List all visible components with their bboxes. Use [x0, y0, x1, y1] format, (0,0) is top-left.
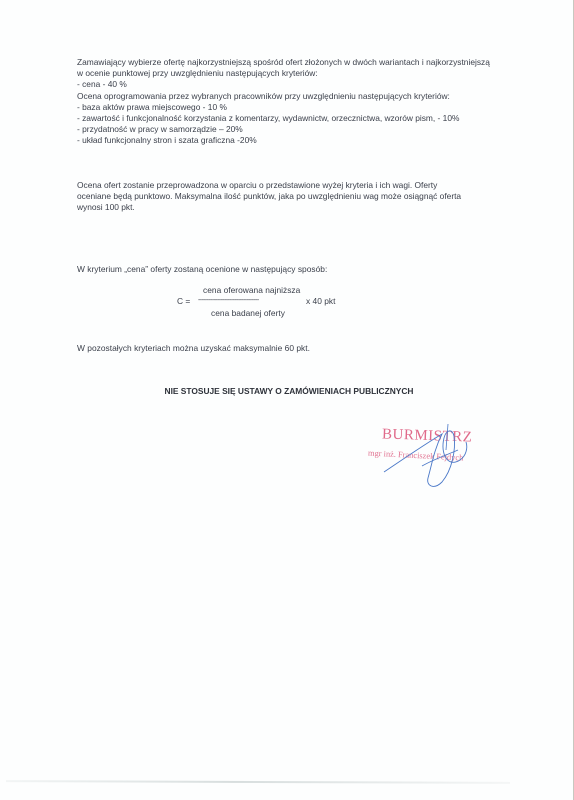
- scan-artifact-line: [6, 780, 510, 784]
- criterion-item: - przydatność w pracy w samorządzie – 20…: [77, 124, 490, 135]
- text-line: Zamawiający wybierze ofertę najkorzystni…: [77, 57, 490, 68]
- criterion-item: - zawartość i funkcjonalność korzystania…: [77, 113, 490, 124]
- other-criteria-note: W pozostałych kryteriach można uzyskać m…: [77, 343, 310, 354]
- mayor-stamp: BURMISTRZ mgr inż. Franciszek Fejdych: [362, 420, 512, 500]
- text-line: Ocena oprogramowania przez wybranych pra…: [77, 91, 490, 102]
- formula-lhs: C =: [177, 296, 190, 307]
- text-line: w ocenie punktowej przy uwzględnieniu na…: [77, 68, 490, 79]
- award-criteria-section: Zamawiający wybierze ofertę najkorzystni…: [77, 57, 490, 147]
- criterion-item: - układ funkcjonalny stron i szata grafi…: [77, 135, 490, 146]
- criterion-item: - baza aktów prawa miejscowego - 10 %: [77, 102, 490, 113]
- formula-multiplier: x 40 pkt: [306, 296, 336, 307]
- document-page: Zamawiający wybierze ofertę najkorzystni…: [0, 0, 574, 800]
- text-line: Ocena ofert zostanie przeprowadzona w op…: [77, 180, 461, 191]
- formula-denominator: cena badanej oferty: [211, 308, 285, 319]
- handwritten-signature-icon: [362, 420, 512, 500]
- text-line: oceniane będą punktowo. Maksymalna ilość…: [77, 191, 461, 202]
- procurement-law-notice: NIE STOSUJE SIĘ USTAWY O ZAMÓWIENIACH PU…: [0, 386, 574, 396]
- price-criterion-intro: W kryterium „cena” oferty zostaną ocenio…: [77, 264, 327, 275]
- evaluation-section: Ocena ofert zostanie przeprowadzona w op…: [77, 180, 461, 214]
- formula-divider: -----------------------------------: [198, 295, 259, 306]
- text-line: wynosi 100 pkt.: [77, 202, 461, 213]
- criterion-price: - cena - 40 %: [77, 79, 490, 90]
